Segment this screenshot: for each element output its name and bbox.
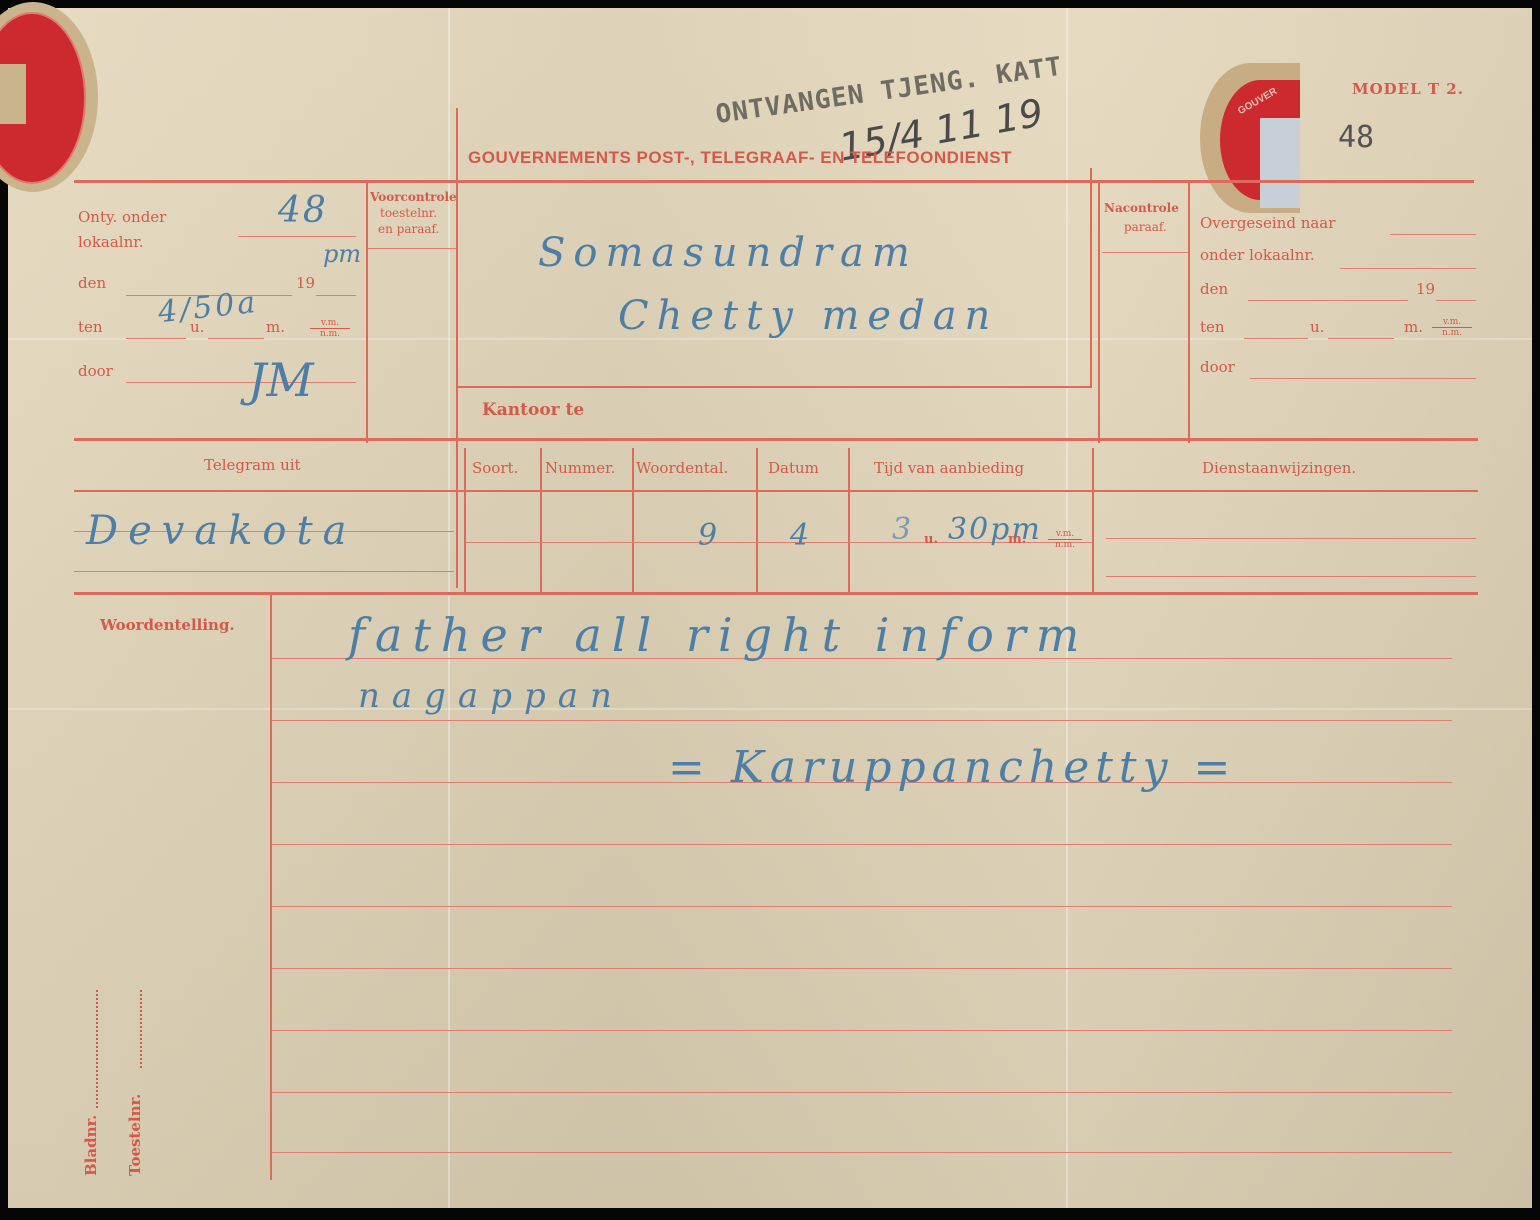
toestelnr-label: Toestelnr. (126, 1094, 144, 1176)
nacontrole-left-rule (1098, 183, 1100, 443)
label-year-fwd: 19 (1416, 280, 1435, 298)
table-bottom-rule (74, 592, 1478, 595)
door-line (126, 382, 356, 383)
value-ten: 4/50a (156, 285, 259, 330)
label-vm-nm-fwd: v.m. n.m. (1432, 317, 1472, 338)
field-line (238, 236, 356, 237)
label-onty-onder: Onty. onder (78, 208, 166, 226)
toestelnr-dotted-line (140, 990, 142, 1068)
address-line1: Somasundram (538, 230, 918, 276)
label-nm-fwd: n.m. (1432, 327, 1472, 338)
label-year: 19 (296, 274, 315, 292)
voorcontrole-divider (368, 248, 456, 249)
label-m: m. (266, 318, 285, 336)
label-m-fwd: m. (1404, 318, 1423, 336)
header-dienst: Dienstaanwijzingen. (1202, 459, 1356, 477)
tijd-label-nm: n.m. (1048, 539, 1082, 550)
bladnr-label: Bladnr. (82, 1115, 100, 1176)
voorcontrole-line3: en paraaf. (378, 222, 439, 236)
value-door: JM (248, 353, 314, 407)
dienst-line (1106, 576, 1476, 577)
value-pm: pm (323, 240, 361, 268)
woordentelling-label: Woordentelling. (100, 616, 235, 634)
label-lokaalnr: lokaalnr. (78, 233, 144, 251)
tijd-label-vm-nm: v.m. n.m. (1048, 529, 1082, 550)
onder-lokaalnr-line (1340, 268, 1476, 269)
header-datum: Datum (768, 459, 819, 477)
message-line (272, 1030, 1452, 1031)
tijd-label-u: u. (924, 532, 938, 547)
u-line (208, 338, 264, 339)
nacontrole-line2: paraaf. (1124, 220, 1167, 234)
label-ten: ten (78, 318, 103, 336)
door-fwd-line (1250, 378, 1476, 379)
label-u-fwd: u. (1310, 318, 1324, 336)
message-line (272, 906, 1452, 907)
seal-crown-icon (0, 64, 26, 124)
label-den-fwd: den (1200, 280, 1228, 298)
telegram-uit-line (74, 571, 454, 572)
col-rule (632, 448, 634, 594)
address-line2: Chetty medan (618, 293, 998, 339)
header-tijd: Tijd van aanbieding (874, 459, 1024, 477)
den-fwd-line (1248, 300, 1408, 301)
label-den: den (78, 274, 106, 292)
value-lokaalnr: 48 (278, 190, 328, 231)
value-tijd-m: 30pm (948, 512, 1042, 547)
value-tijd-u: 3 (892, 512, 911, 547)
col-rule (464, 448, 466, 594)
label-vm-nm: v.m. n.m. (310, 318, 350, 339)
header-telegram-uit: Telegram uit (204, 456, 301, 474)
header-title: GOUVERNEMENTS POST-, TELEGRAAF- EN TELEF… (468, 148, 1012, 168)
message-line-1: father all right inform (348, 608, 1089, 662)
ten-line (126, 338, 186, 339)
value-datum: 4 (790, 518, 809, 553)
tijd-label-vm: v.m. (1048, 529, 1082, 539)
label-nm: n.m. (310, 328, 350, 339)
nacontrole-line1: Nacontrole (1104, 201, 1179, 215)
address-box-bottom (456, 386, 1092, 388)
message-line-3: = Karuppanchetty = (668, 742, 1236, 793)
col-rule (756, 448, 758, 594)
table-header-bottom (74, 490, 1478, 492)
nacontrole-divider (1102, 252, 1190, 253)
header-nummer: Nummer. (545, 459, 615, 477)
voorcontrole-line1: Voorcontrole (370, 190, 457, 204)
message-line (272, 720, 1452, 721)
label-ten-fwd: ten (1200, 318, 1225, 336)
label-door-fwd: door (1200, 358, 1235, 376)
message-line (272, 844, 1452, 845)
forwarded-left-rule (1188, 183, 1190, 443)
col-rule (848, 448, 850, 594)
kantoor-label: Kantoor te (482, 400, 584, 420)
label-onder-lokaalnr: onder lokaalnr. (1200, 246, 1315, 264)
top-rule (74, 180, 1474, 183)
serial-number: 48 (1338, 120, 1374, 155)
ten-fwd-line (1244, 338, 1308, 339)
paper-fold (8, 708, 1532, 710)
header-woordental: Woordental. (636, 459, 728, 477)
telegram-form: GOUVER MODEL T 2. 48 ONTVANGEN TJENG. KA… (8, 8, 1532, 1208)
header-soort: Soort. (472, 459, 518, 477)
u-fwd-line (1328, 338, 1394, 339)
value-telegram-uit: Devakota (86, 508, 356, 554)
year-fwd-line (1436, 300, 1476, 301)
voorcontrole-line2: toestelnr. (380, 206, 437, 220)
seal-torn-patch (1260, 118, 1300, 208)
label-overgeseind: Overgeseind naar (1200, 214, 1335, 232)
value-woordental: 9 (698, 518, 717, 553)
tijd-label-m: m. (1008, 532, 1026, 547)
year-line (316, 295, 356, 296)
message-line (272, 1092, 1452, 1093)
overgeseind-line (1390, 234, 1476, 235)
label-vm-fwd: v.m. (1432, 317, 1472, 327)
label-vm: v.m. (310, 318, 350, 328)
message-line (272, 1152, 1452, 1153)
message-line-2: nagappan (358, 676, 624, 716)
model-label: MODEL T 2. (1352, 80, 1464, 98)
col-rule (1092, 448, 1094, 594)
bladnr-dotted-line (96, 990, 98, 1108)
label-door: door (78, 362, 113, 380)
message-line (272, 968, 1452, 969)
dienst-line (1106, 538, 1476, 539)
address-box-right (1090, 168, 1092, 388)
table-top-rule (74, 438, 1478, 441)
voorcontrole-left-rule (366, 183, 368, 443)
col-rule (540, 448, 542, 594)
